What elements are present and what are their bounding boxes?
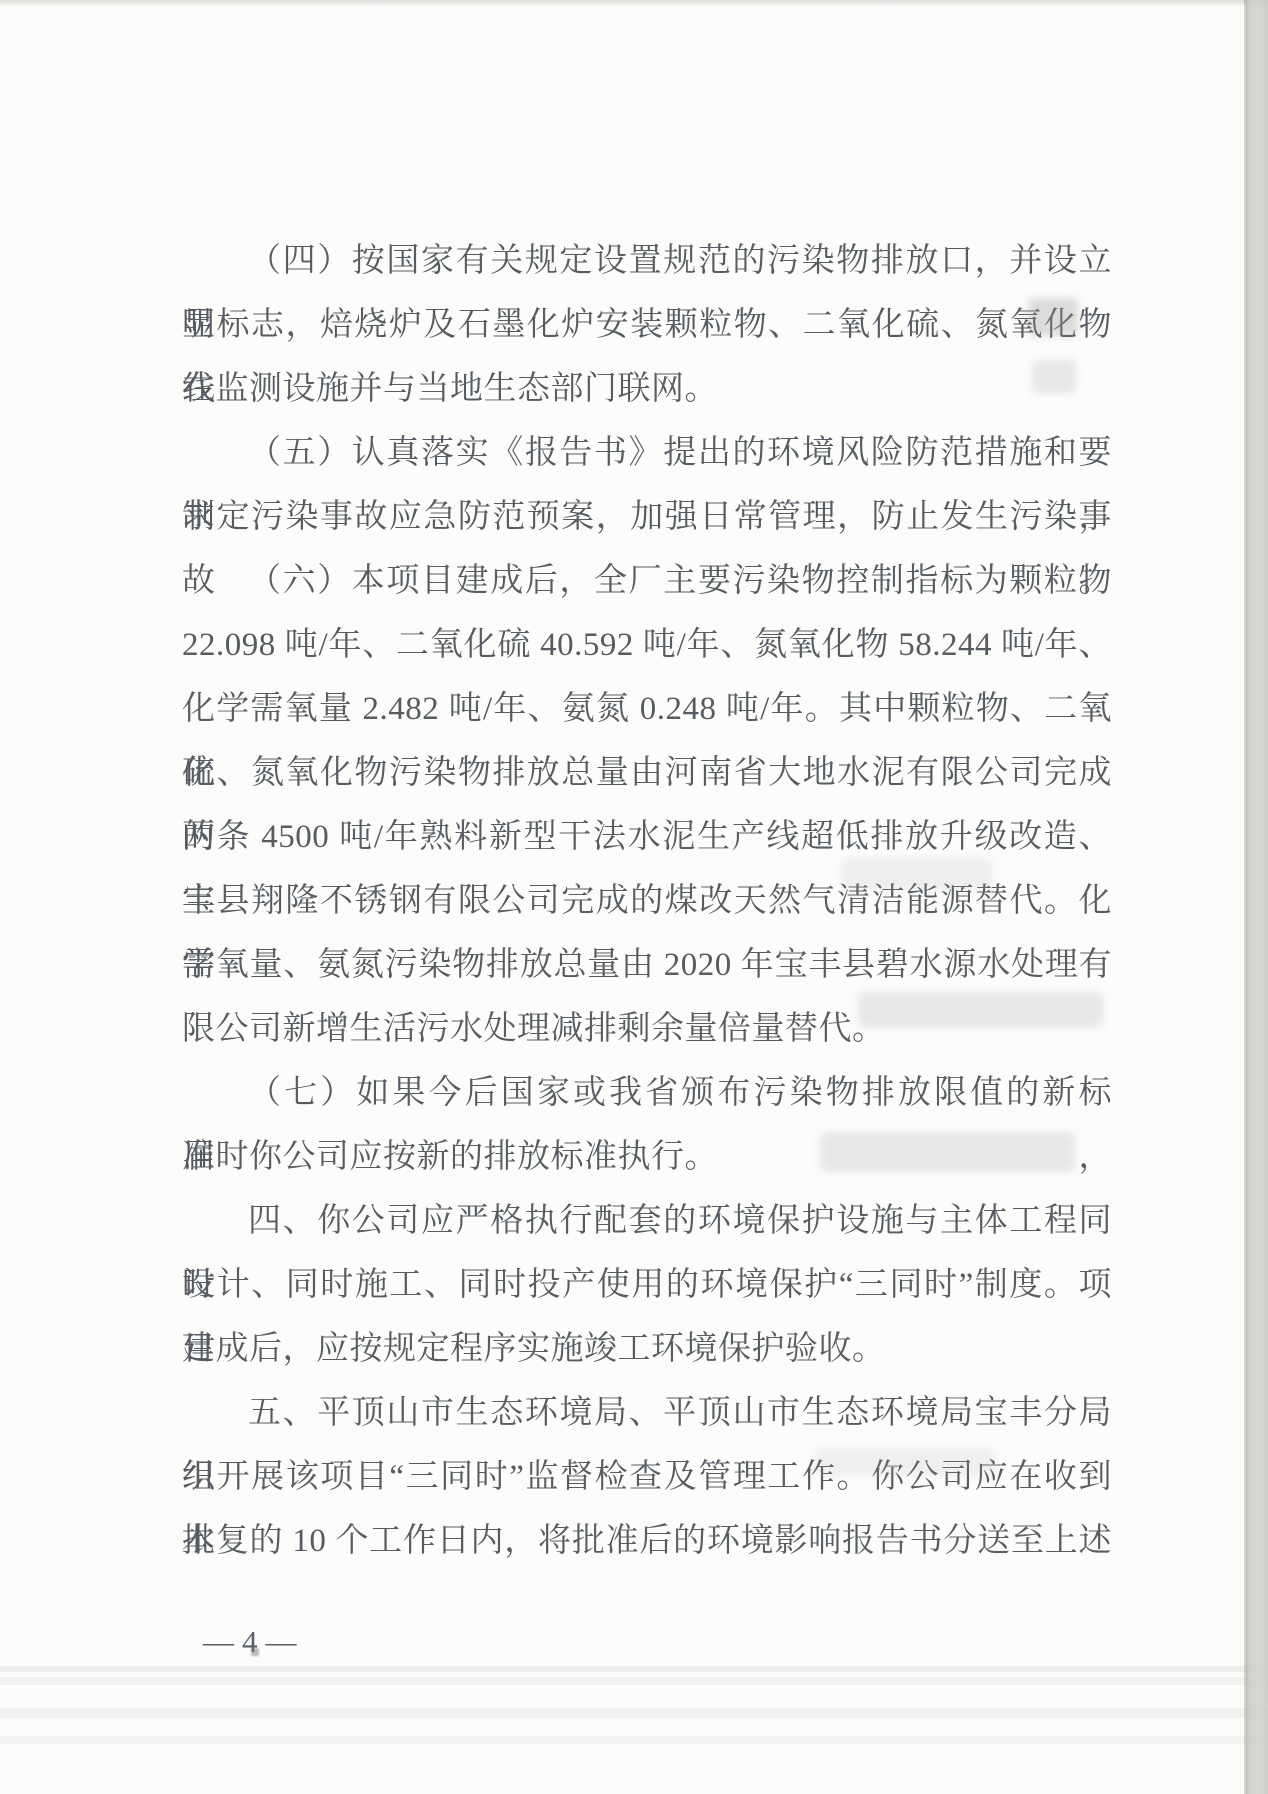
scan-streak	[0, 1708, 1268, 1718]
scan-artifact	[815, 1448, 995, 1476]
scan-speck	[251, 1648, 259, 1656]
document-line: （六）本项目建成后，全厂主要污染物控制指标为颗粒物	[182, 549, 1112, 613]
scan-edge-top	[0, 0, 1268, 7]
document-line: 显标志，焙烧炉及石墨化炉安装颗粒物、二氧化硫、氮氧化物在	[182, 293, 1112, 357]
document-line: 设计、同时施工、同时投产使用的环境保护“三同时”制度。项目	[182, 1253, 1112, 1317]
document-body: （四）按国家有关规定设置规范的污染物排放口，并设立明 显标志，焙烧炉及石墨化炉安…	[182, 229, 1112, 1573]
scan-streak	[0, 1736, 1268, 1744]
scan-streak	[0, 1677, 1268, 1685]
document-line: 需氧量、氨氮污染物排放总量由 2020 年宝丰县碧水源水处理有	[182, 933, 1112, 997]
document-line: 线监测设施并与当地生态部门联网。	[182, 357, 1112, 421]
document-line: 22.098 吨/年、二氧化硫 40.592 吨/年、氮氧化物 58.244 吨…	[182, 613, 1112, 677]
document-line: 制定污染事故应急防范预案，加强日常管理，防止发生污染事故。	[182, 485, 1112, 549]
scan-artifact	[1028, 298, 1078, 336]
scan-artifact	[858, 992, 1103, 1028]
document-line: 批复的 10 个工作日内，将批准后的环境影响报告书分送至上述	[182, 1509, 1112, 1573]
scanned-document-page: （四）按国家有关规定设置规范的污染物排放口，并设立明 显标志，焙烧炉及石墨化炉安…	[0, 0, 1268, 1794]
scan-artifact	[820, 1132, 1075, 1172]
document-line: 硫、氮氧化物污染物排放总量由河南省大地水泥有限公司完成的	[182, 741, 1112, 805]
document-line: 四、你公司应严格执行配套的环境保护设施与主体工程同时	[182, 1189, 1112, 1253]
document-line: 建成后，应按规定程序实施竣工环境保护验收。	[182, 1317, 1112, 1381]
document-line: 化学需氧量 2.482 吨/年、氨氮 0.248 吨/年。其中颗粒物、二氧化	[182, 677, 1112, 741]
scan-artifact	[842, 858, 992, 890]
scan-edge-right	[1246, 0, 1268, 1794]
scan-artifact	[1032, 360, 1076, 394]
page-number: —4—	[203, 1613, 305, 1671]
document-line: （七）如果今后国家或我省颁布污染物排放限值的新标准，	[182, 1061, 1112, 1125]
document-line: （五）认真落实《报告书》提出的环境风险防范措施和要求，	[182, 421, 1112, 485]
document-line: （四）按国家有关规定设置规范的污染物排放口，并设立明	[182, 229, 1112, 293]
scan-streak	[0, 1666, 1268, 1672]
document-line: 五、平顶山市生态环境局、平顶山市生态环境局宝丰分局组	[182, 1381, 1112, 1445]
